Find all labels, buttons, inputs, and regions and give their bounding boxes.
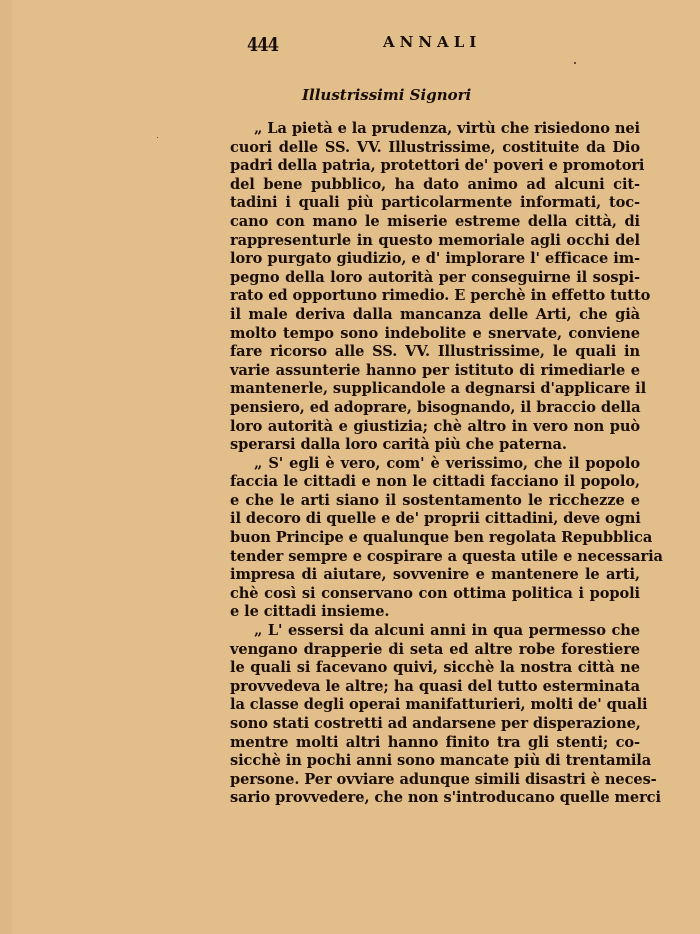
- text-line: tadini i quali più particolarmente infor…: [230, 194, 640, 213]
- text-line: del bene pubblico, ha dato animo ad alcu…: [230, 176, 640, 195]
- text-line: pegno della loro autorità per conseguirn…: [230, 269, 640, 288]
- book-page: 444 ANNALI Illustrissimi Signori „ La pi…: [0, 0, 700, 934]
- text-line: sperarsi dalla loro carità più che pater…: [230, 436, 640, 455]
- page-number: 444: [247, 34, 278, 56]
- text-line: rato ed opportuno rimedio. E perchè in e…: [230, 287, 640, 306]
- text-line: cano con mano le miserie estreme della c…: [230, 213, 640, 232]
- text-line: il male deriva dalla mancanza delle Arti…: [230, 306, 640, 325]
- text-line: loro purgato giudizio, e d' implorare l'…: [230, 250, 640, 269]
- text-line: la classe degli operai manifatturieri, m…: [230, 696, 640, 715]
- text-line: le quali si facevano quivi, sicchè la no…: [230, 659, 640, 678]
- text-line: e le cittadi insieme.: [230, 603, 640, 622]
- section-title: Illustrissimi Signori: [302, 86, 471, 104]
- text-line: pensiero, ed adoprare, bisognando, il br…: [230, 399, 640, 418]
- text-line: cuori delle SS. VV. Illustrissime, costi…: [230, 139, 640, 158]
- print-speck: [157, 137, 158, 138]
- text-line: sario provvedere, che non s'introducano …: [230, 789, 640, 808]
- body-text: „ La pietà e la prudenza, virtù che risi…: [230, 120, 640, 808]
- text-line: il decoro di quelle e de' proprii cittad…: [230, 510, 640, 529]
- text-line: fare ricorso alle SS. VV. Illustrissime,…: [230, 343, 640, 362]
- text-line: impresa di aiutare, sovvenire e mantener…: [230, 566, 640, 585]
- text-line: mantenerle, supplicandole a degnarsi d'a…: [230, 380, 640, 399]
- running-head: ANNALI: [383, 33, 481, 51]
- text-line: molto tempo sono indebolite e snervate, …: [230, 325, 640, 344]
- print-speck: [574, 62, 576, 64]
- text-line: varie assunterie hanno per istituto di r…: [230, 362, 640, 381]
- text-line: rappresenturle in questo memoriale agli …: [230, 232, 640, 251]
- text-line: „ S' egli è vero, com' è verissimo, che …: [230, 455, 640, 474]
- text-line: loro autorità e giustizia; chè altro in …: [230, 418, 640, 437]
- text-line: mentre molti altri hanno finito tra gli …: [230, 734, 640, 753]
- text-line: buon Principe e qualunque ben regolata R…: [230, 529, 640, 548]
- text-line: sono stati costretti ad andarsene per di…: [230, 715, 640, 734]
- text-line: faccia le cittadi e non le cittadi facci…: [230, 473, 640, 492]
- text-line: e che le arti siano il sostentamento le …: [230, 492, 640, 511]
- text-line: provvedeva le altre; ha quasi del tutto …: [230, 678, 640, 697]
- text-line: „ La pietà e la prudenza, virtù che risi…: [230, 120, 640, 139]
- text-line: chè così si conservano con ottima politi…: [230, 585, 640, 604]
- text-line: padri della patria, protettori de' pover…: [230, 157, 640, 176]
- text-line: vengano drapperie di seta ed altre robe …: [230, 641, 640, 660]
- text-line: sicchè in pochi anni sono mancate più di…: [230, 752, 640, 771]
- text-line: tender sempre e cospirare a questa utile…: [230, 548, 640, 567]
- text-line: „ L' essersi da alcuni anni in qua perme…: [230, 622, 640, 641]
- text-line: persone. Per ovviare adunque simili disa…: [230, 771, 640, 790]
